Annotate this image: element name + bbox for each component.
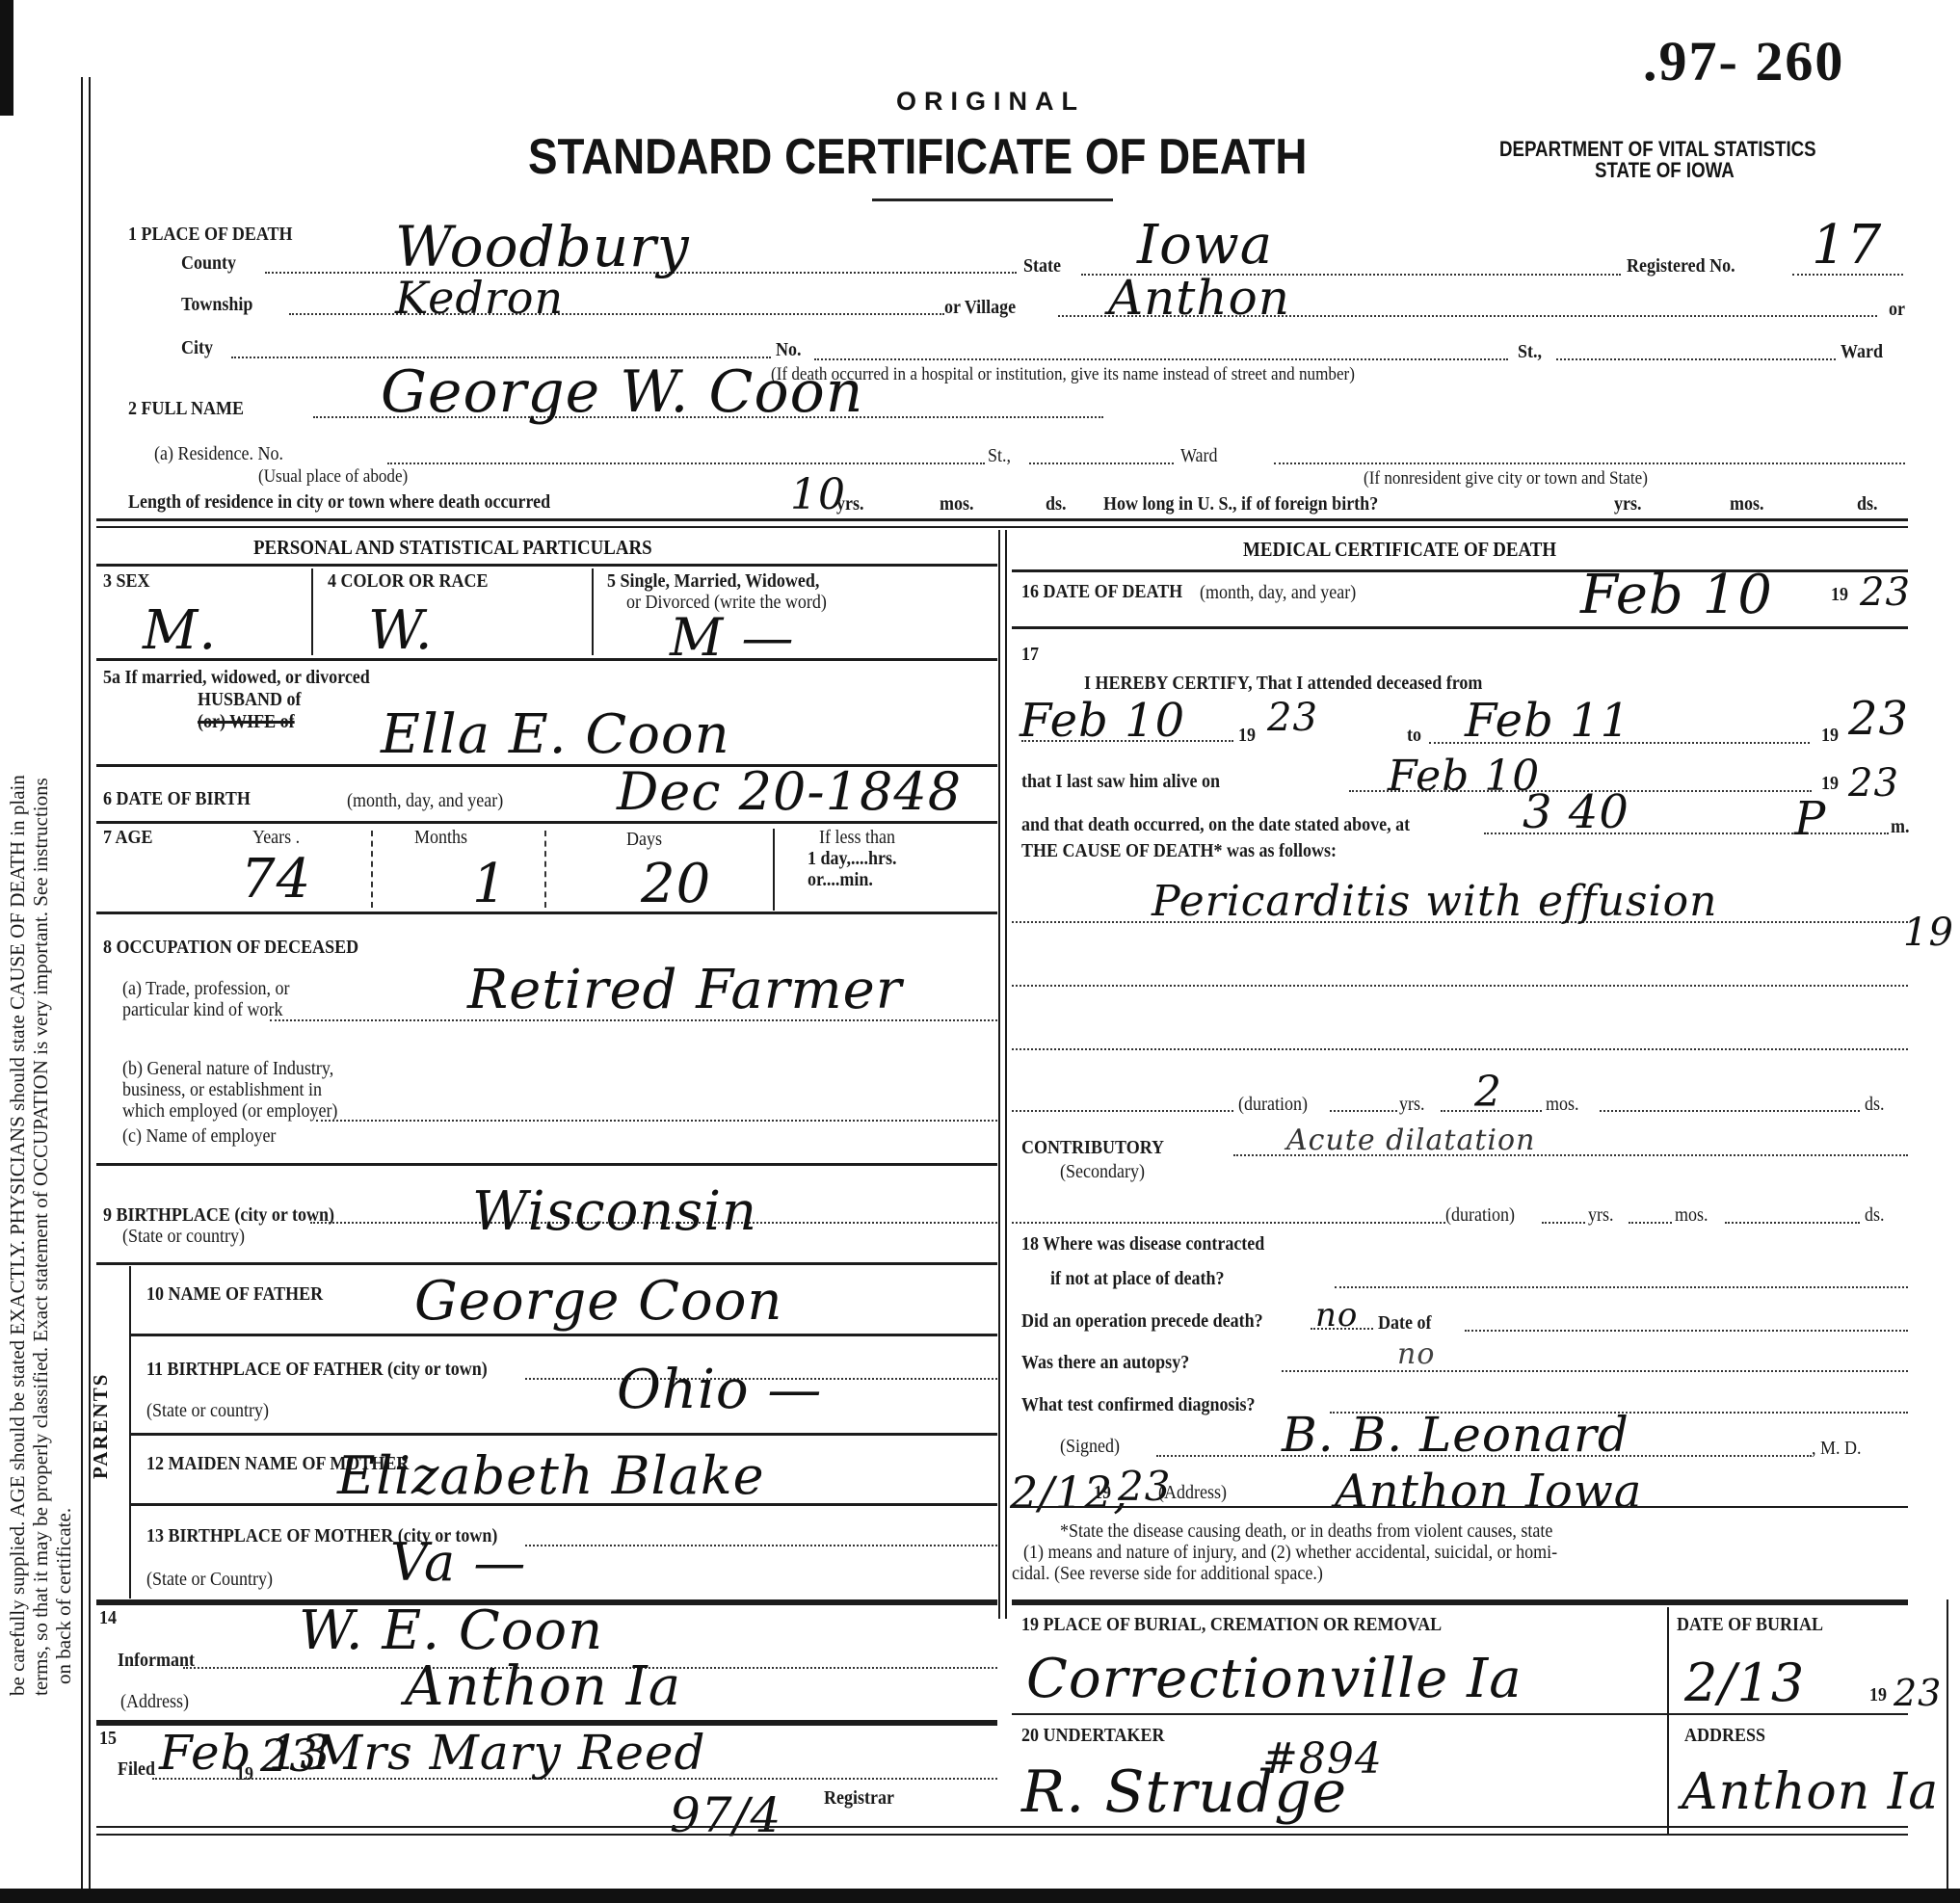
death-time-label: and that death occurred, on the date sta… (1021, 814, 1410, 836)
undertaker-license: #894 (1262, 1734, 1383, 1784)
autopsy-value: no (1397, 1337, 1435, 1371)
parents-side-label: PARENTS (89, 1373, 113, 1479)
father-name-value: George Coon (414, 1270, 783, 1333)
informant-value: W. E. Coon (299, 1599, 603, 1662)
marital-status-label-1: 5 Single, Married, Widowed, (607, 570, 819, 593)
mother-name-value: Elizabeth Blake (337, 1445, 765, 1506)
row7-rule (96, 912, 997, 914)
contrib-ds-label: ds. (1865, 1204, 1885, 1227)
registrar-name-value: Mrs Mary Reed (313, 1725, 706, 1781)
sidebar-line-2: terms, so that it may be properly classi… (29, 0, 52, 1696)
duration-mos-value: 2 (1474, 1068, 1502, 1117)
mother-birthplace-sub: (State or Country) (146, 1569, 273, 1591)
contributory-sub-label: (Secondary) (1060, 1161, 1145, 1183)
dod-rule (1012, 626, 1908, 629)
burial-place-label: 19 PLACE OF BURIAL, CREMATION OR REMOVAL (1021, 1614, 1442, 1636)
township-value: Kedron (395, 272, 564, 324)
residence-ward-label: Ward (1180, 445, 1218, 467)
undertaker-label: 20 UNDERTAKER (1021, 1725, 1165, 1747)
dob-sub-label: (month, day, and year) (347, 790, 503, 812)
attended-to-year: 23 (1848, 692, 1909, 746)
death-time-value: 3 40 (1523, 785, 1629, 839)
ward-label: Ward (1841, 341, 1883, 363)
ward-line (1556, 358, 1836, 360)
last-saw-label: that I last saw him alive on (1021, 771, 1220, 793)
burial-year-prefix: 19 (1869, 1684, 1887, 1706)
dod-sub-label: (month, day, and year) (1200, 582, 1356, 604)
undertaker-address-label: ADDRESS (1684, 1725, 1765, 1747)
full-name-value: George W. Coon (381, 358, 863, 426)
village-value: Anthon (1108, 270, 1290, 326)
last-saw-value: Feb 10 (1388, 752, 1540, 801)
cause-margin-mark: 19 (1903, 911, 1954, 955)
contrib-ds-line (1725, 1222, 1860, 1224)
foreign-mos-label: mos. (1730, 493, 1764, 515)
county-label: County (181, 252, 236, 275)
father-name-label: 10 NAME OF FATHER (146, 1283, 323, 1306)
less-than-day-2: 1 day,....hrs. (808, 848, 897, 870)
dob-value: Dec 20-1848 (617, 761, 962, 822)
form-bottom-rule-2 (96, 1834, 1908, 1836)
age-months-label: Months (414, 827, 467, 849)
filed-year-prefix: 19 (236, 1763, 253, 1785)
spouse-value: Ella E. Coon (381, 703, 730, 766)
residence-st-label: St., (988, 445, 1011, 467)
duration-yrs-label: yrs. (1399, 1094, 1425, 1116)
nonresident-line (1274, 463, 1905, 464)
personal-section-title: PERSONAL AND STATISTICAL PARTICULARS (253, 536, 652, 560)
less-than-day-3: or....min. (808, 869, 873, 891)
age-months-value: 1 (472, 853, 508, 915)
operation-date-label: Date of (1378, 1312, 1431, 1335)
mother-birthplace-value: Va — (390, 1532, 526, 1593)
burial-rule (1012, 1713, 1908, 1715)
physician-address-rule (1012, 1506, 1908, 1508)
contrib-mos-label: mos. (1675, 1204, 1708, 1227)
duration-ds-label: ds. (1865, 1094, 1885, 1116)
section-divider-top-2 (96, 526, 1908, 528)
signed-year-prefix: 19 (1094, 1482, 1111, 1504)
footnote-line-3: cidal. (See reverse side for additional … (1012, 1563, 1323, 1585)
informant-address-label: (Address) (120, 1691, 189, 1713)
state-value: Iowa (1137, 214, 1273, 277)
physician-address-label: (Address) (1158, 1482, 1227, 1504)
sex-label: 3 SEX (103, 570, 150, 593)
row6-rule (96, 821, 997, 824)
father-rule (130, 1334, 997, 1336)
cause-of-death-label: THE CAUSE OF DEATH* was as follows: (1021, 840, 1337, 862)
row8-rule (96, 1163, 997, 1166)
sidebar-line-1: be carefully supplied. AGE should be sta… (6, 0, 29, 1696)
filed-number: 15 (99, 1728, 117, 1750)
foreign-ds-label: ds. (1857, 493, 1878, 515)
contributory-label: CONTRIBUTORY (1021, 1137, 1164, 1159)
center-divider-left (998, 530, 1000, 1619)
dob-label: 6 DATE OF BIRTH (103, 788, 251, 810)
dod-year-value: 23 (1860, 570, 1911, 615)
physician-address-value: Anthon Iowa (1335, 1465, 1642, 1519)
occupation-label: 8 OCCUPATION OF DECEASED (103, 937, 358, 959)
row3-rule (96, 658, 997, 661)
signed-label: (Signed) (1060, 1436, 1120, 1458)
medical-bottom-rule (1012, 1599, 1908, 1605)
occupation-b-label-3: which employed (or employer) (122, 1100, 337, 1123)
medical-section-title: MEDICAL CERTIFICATE OF DEATH (1243, 538, 1556, 562)
burial-date-value: 2/13 (1684, 1652, 1805, 1713)
operation-date-line (1465, 1330, 1908, 1332)
residence-label: (a) Residence. No. (154, 443, 283, 465)
race-value: W. (368, 599, 434, 662)
occupation-a-value: Retired Farmer (467, 959, 903, 1021)
certify-text: I HEREBY CERTIFY, That I attended deceas… (1084, 673, 1482, 695)
contrib-mos-line (1629, 1222, 1672, 1224)
autopsy-label: Was there an autopsy? (1021, 1352, 1189, 1374)
original-label: ORIGINAL (896, 87, 1085, 117)
full-name-label: 2 FULL NAME (128, 398, 244, 420)
informant-address-value: Anthon Ia (405, 1655, 681, 1718)
footnote-line-2: (1) means and nature of injury, and (2) … (1023, 1542, 1557, 1564)
occupation-b-label-2: business, or establishment in (122, 1079, 322, 1101)
spouse-label-wife: (or) WIFE of (198, 711, 295, 733)
days-lessday-divider (773, 829, 775, 911)
center-divider-right (1005, 530, 1007, 1619)
or-label: or (1889, 299, 1905, 321)
cause-line-3 (1012, 1048, 1908, 1050)
death-time-ampm: P (1794, 792, 1826, 846)
length-residence-label: Length of residence in city or town wher… (128, 491, 550, 514)
dod-label: 16 DATE OF DEATH (1021, 581, 1182, 603)
burial-place-value: Correctionville Ia (1026, 1648, 1523, 1710)
abode-note: (Usual place of abode) (258, 466, 408, 488)
form-right-border (1947, 1599, 1948, 1889)
attended-to-year-prefix: 19 (1821, 725, 1839, 747)
sidebar-line-3: on back of certificate. (52, 0, 75, 1696)
age-label: 7 AGE (103, 827, 153, 849)
registered-no-label: Registered No. (1627, 255, 1735, 278)
residence-ward-line (1029, 463, 1174, 464)
state-name: STATE OF IOWA (1595, 158, 1735, 183)
contracted-line (1335, 1286, 1908, 1288)
spouse-label-husband: HUSBAND of (198, 689, 302, 711)
nonresident-note: (If nonresident give city or town and St… (1364, 468, 1648, 489)
occupation-a-label-2: particular kind of work (122, 999, 282, 1021)
md-label: , M. D. (1812, 1438, 1862, 1460)
st-label: St., (1518, 341, 1542, 363)
attended-from-year-prefix: 19 (1238, 725, 1256, 747)
registered-no-value: 17 (1812, 214, 1882, 277)
mother-rule (130, 1503, 997, 1506)
form-left-border-outer (81, 77, 83, 1898)
township-line (289, 313, 944, 315)
birthplace-sub-label: (State or country) (122, 1226, 245, 1248)
filed-label: Filed (118, 1758, 155, 1781)
months-days-divider (544, 831, 546, 908)
mother-birthplace-line (525, 1545, 997, 1546)
operation-label: Did an operation precede death? (1021, 1310, 1263, 1333)
dod-year-prefix: 19 (1831, 584, 1848, 606)
operation-value: no (1315, 1296, 1358, 1335)
burial-divider (1667, 1607, 1669, 1834)
contributory-value: Acute dilatation (1286, 1123, 1535, 1157)
spouse-label-1: 5a If married, widowed, or divorced (103, 667, 370, 689)
certificate-number: .97- 260 (1643, 29, 1844, 93)
undertaker-address-value: Anthon Ia (1682, 1763, 1939, 1821)
burial-year: 23 (1894, 1672, 1942, 1714)
length-mos-label: mos. (940, 493, 974, 515)
race-label: 4 COLOR OR RACE (328, 570, 489, 593)
form-left-border-inner (89, 77, 91, 1898)
duration-mos-label: mos. (1546, 1094, 1579, 1116)
township-label: Township (181, 294, 252, 316)
contracted-label-1: 18 Where was disease contracted (1021, 1233, 1264, 1255)
last-saw-year: 23 (1848, 761, 1899, 806)
father-birthplace-rule (130, 1433, 997, 1436)
contrib-duration-line (1012, 1222, 1445, 1224)
length-ds-label: ds. (1046, 493, 1067, 515)
race-marital-divider (592, 568, 594, 655)
occupation-b-label-1: (b) General nature of Industry, (122, 1058, 333, 1080)
age-years-value: 74 (241, 848, 311, 911)
contracted-label-2: if not at place of death? (1050, 1268, 1224, 1290)
duration-ds-line (1600, 1110, 1860, 1112)
father-birthplace-label: 11 BIRTHPLACE OF FATHER (city or town) (146, 1359, 488, 1381)
occupation-a-label-1: (a) Trade, profession, or (122, 978, 289, 1000)
residence-line (387, 463, 985, 464)
item-17-number: 17 (1021, 644, 1039, 666)
section-divider-top (96, 518, 1908, 521)
place-of-death-label: 1 PLACE OF DEATH (128, 224, 293, 246)
scan-bottom-edge (0, 1889, 1960, 1903)
sidebar-instructions: be carefully supplied. AGE should be sta… (6, 0, 75, 1696)
informant-number: 14 (99, 1607, 117, 1629)
row9-rule (96, 1262, 997, 1265)
foreign-yrs-label: yrs. (1614, 493, 1642, 515)
father-birthplace-sub: (State or country) (146, 1400, 269, 1422)
age-days-label: Days (626, 829, 662, 851)
father-birthplace-value: Ohio — (617, 1359, 822, 1421)
county-value: Woodbury (395, 214, 690, 279)
registrar-label: Registrar (824, 1787, 894, 1810)
foreign-birth-label: How long in U. S., if of foreign birth? (1103, 493, 1378, 515)
birthplace-label: 9 BIRTHPLACE (city or town) (103, 1204, 334, 1227)
city-label: City (181, 337, 213, 359)
cause-line-2 (1012, 985, 1908, 987)
length-yrs-label: yrs. (836, 493, 864, 515)
attended-to-label: to (1407, 725, 1421, 747)
state-label: State (1023, 255, 1061, 278)
less-than-day-1: If less than (819, 827, 895, 849)
attended-from-year: 23 (1267, 696, 1318, 740)
medical-head-rule (1012, 569, 1908, 572)
diagnosis-test-label: What test confirmed diagnosis? (1021, 1394, 1256, 1416)
physician-signature: B. B. Leonard (1282, 1407, 1629, 1463)
form-bottom-rule-1 (96, 1826, 1908, 1828)
dod-value: Feb 10 (1580, 564, 1773, 626)
burial-date-label: DATE OF BURIAL (1677, 1614, 1823, 1636)
sex-race-divider (311, 568, 313, 655)
street-line (814, 358, 1508, 360)
duration-label: (duration) (1238, 1094, 1308, 1116)
filed-year-value: 23 (260, 1730, 319, 1782)
sex-value: M. (143, 599, 217, 662)
age-years-label: Years . (252, 827, 300, 849)
death-time-m-label: m. (1891, 816, 1910, 838)
attended-from-value: Feb 10 (1020, 694, 1185, 748)
cause-of-death-value: Pericarditis with effusion (1152, 877, 1717, 926)
autopsy-line (1282, 1370, 1908, 1372)
years-months-divider (371, 831, 373, 908)
document-title: STANDARD CERTIFICATE OF DEATH (528, 128, 1307, 186)
contrib-yrs-label: yrs. (1588, 1204, 1614, 1227)
contrib-duration-label: (duration) (1445, 1204, 1515, 1227)
village-label: or Village (944, 297, 1016, 319)
duration-yrs-line (1330, 1110, 1397, 1112)
footnote-line-1: *State the disease causing death, or in … (1060, 1520, 1552, 1543)
contrib-yrs-line (1542, 1222, 1585, 1224)
occupation-c-label: (c) Name of employer (122, 1125, 276, 1148)
age-days-value: 20 (641, 853, 711, 915)
duration-line (1012, 1110, 1233, 1112)
attended-to-value: Feb 11 (1465, 694, 1630, 748)
title-underline (872, 198, 1113, 201)
personal-head-rule (96, 564, 997, 567)
occupation-b-line (316, 1120, 997, 1122)
birthplace-value: Wisconsin (472, 1180, 757, 1243)
